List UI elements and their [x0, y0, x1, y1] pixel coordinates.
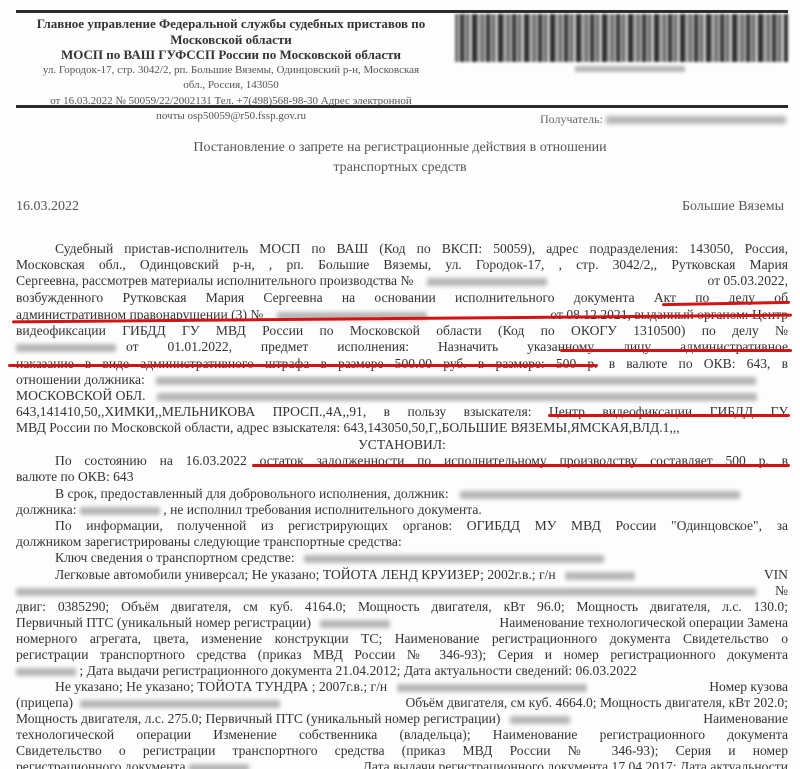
body-line: валюте по ОКВ: 643 [16, 468, 788, 485]
text: ; Дата выдачи регистрационного документа… [79, 663, 636, 678]
issuer-block: Главное управление Федеральной службы су… [16, 16, 446, 125]
body-line: В срок, предоставленный для добровольног… [55, 485, 788, 502]
org-name-line2: Московской области [16, 32, 446, 48]
body-line: двиг: 0385290; Объём двигателя, см куб. … [16, 598, 788, 615]
plate2-redacted [397, 684, 587, 692]
barcode-image [455, 14, 788, 62]
vin-redacted [16, 588, 756, 596]
text: Не указано; Не указано; ТОЙОТА ТУНДРА ; … [55, 679, 387, 694]
body-line: регистрации транспортного средства (прик… [16, 646, 788, 663]
document-title: Постановление о запрете на регистрационн… [0, 138, 800, 178]
recipient-line: Получатель: [540, 112, 786, 127]
body-line: отношении должника: [16, 371, 788, 388]
title-line2: транспортных средств [0, 158, 800, 178]
text: Номер кузова [709, 678, 788, 695]
body-line: ; Дата выдачи регистрационного документа… [16, 662, 788, 679]
debtor-redacted [156, 377, 756, 385]
red-underline [252, 464, 790, 467]
body-line: технологической операции Изменение собст… [16, 726, 788, 743]
text: Мощность двигателя, л.с. 275.0; Первичны… [16, 711, 500, 726]
body-line: должника: , не исполнил требования испол… [16, 501, 788, 518]
red-underline [8, 364, 598, 367]
document-date: 16.03.2022 [16, 199, 79, 215]
text: , не исполнил требования исполнительного… [163, 502, 482, 517]
body-line: Московская обл., Одинцовский р-н, , рп. … [16, 256, 788, 273]
body-line: Не указано; Не указано; ТОЙОТА ТУНДРА ; … [55, 678, 788, 695]
header-top-rule [16, 10, 788, 13]
body-line: Судебный пристав-исполнитель МОСП по ВАШ… [55, 240, 788, 257]
body-number-redacted [80, 700, 280, 708]
title-line1: Постановление о запрете на регистрационн… [0, 138, 800, 158]
pts-redacted [320, 620, 390, 628]
reg-doc2-redacted [189, 764, 249, 769]
case-number-redacted [427, 278, 547, 286]
body-line: от 01.01.2022, предмет исполнения: Назна… [16, 338, 788, 355]
body-line: Ключ сведения о транспортном средстве: [55, 549, 788, 566]
body-line: видеофиксации ГИБДД ГУ МВД России по Мос… [16, 322, 788, 339]
barcode-number-redacted [575, 66, 685, 72]
debtor-id-redacted [80, 507, 160, 515]
header-bottom-rule [16, 105, 788, 108]
red-underline [560, 349, 792, 352]
org-name-line1: Главное управление Федеральной службы су… [16, 16, 446, 32]
text: должника: [16, 502, 76, 517]
pts2-redacted [510, 716, 570, 724]
body-line: 643,141410,50,,ХИМКИ,,МЕЛЬНИКОВА ПРОСП.,… [16, 403, 788, 420]
body-line: МОСКОВСКОЙ ОБЛ. [16, 387, 788, 404]
body-line: регистрационного документа Дата выдачи р… [16, 758, 788, 769]
text: Наименование технологической операции За… [499, 614, 788, 631]
reg-doc-redacted [16, 668, 76, 676]
text: Сергеевна, рассмотрев материалы исполнит… [16, 273, 413, 288]
body-line: № [16, 582, 788, 599]
address-line2: обл., Россия, 143050 [16, 78, 446, 94]
established-heading: УСТАНОВИЛ: [16, 436, 788, 453]
email-line: почты osp50059@r50.fssp.gov.ru [16, 109, 446, 125]
text: VIN [764, 566, 788, 583]
recipient-label: Получатель: [540, 112, 603, 126]
body-line: (прицепа) Объём двигателя, см куб. 4664.… [16, 694, 788, 711]
text: В срок, предоставленный для добровольног… [55, 486, 449, 501]
body-line: Сергеевна, рассмотрев материалы исполнит… [16, 272, 788, 289]
text: отношении должника: [16, 372, 145, 387]
address-line1: ул. Городок-17, стр. 3042/2, рп. Большие… [16, 63, 446, 79]
text: Первичный ПТС (уникальный номер регистра… [16, 615, 311, 630]
red-underline [548, 414, 790, 417]
case-ref-redacted [16, 344, 116, 352]
text: (прицепа) [16, 695, 73, 710]
body-line: Мощность двигателя, л.с. 275.0; Первичны… [16, 710, 788, 727]
department-name: МОСП по ВАШ ГУФССП России по Московской … [16, 47, 446, 63]
body-line: Первичный ПТС (уникальный номер регистра… [16, 614, 788, 631]
plate-redacted [565, 572, 635, 580]
debtor-name-redacted [460, 491, 740, 499]
vehicle-key-redacted [304, 555, 604, 563]
document-page: Главное управление Федеральной службы су… [0, 0, 800, 769]
recipient-redacted [606, 116, 786, 124]
debtor-address-redacted [157, 393, 757, 401]
body-line: По информации, полученной из регистрирую… [55, 517, 788, 534]
text: МОСКОВСКОЙ ОБЛ. [16, 388, 145, 403]
text: Ключ сведения о транспортном средстве: [55, 550, 295, 565]
text: от 05.03.2022, [707, 272, 788, 289]
body-line: Легковые автомобили универсал; Не указан… [55, 566, 788, 583]
text: Наименование [703, 710, 788, 727]
body-line: должником зарегистрированы следующие тра… [16, 533, 788, 550]
text: Объём двигателя, см куб. 4664.0; Мощност… [405, 694, 788, 711]
document-place: Большие Вяземы [682, 199, 784, 215]
text: № [775, 582, 788, 599]
text: Дата выдачи регистрационного документа 1… [363, 758, 788, 769]
body-line: номерного агрегата, цвета, изменение кон… [16, 630, 788, 647]
text: регистрационного документа [16, 759, 186, 769]
text: Легковые автомобили универсал; Не указан… [55, 567, 556, 582]
text: от 01.01.2022, предмет исполнения: Назна… [126, 338, 788, 355]
body-line: Свидетельство о регистрации транспортног… [16, 742, 788, 759]
body-line: МВД России по Московской области, адрес … [16, 419, 788, 436]
